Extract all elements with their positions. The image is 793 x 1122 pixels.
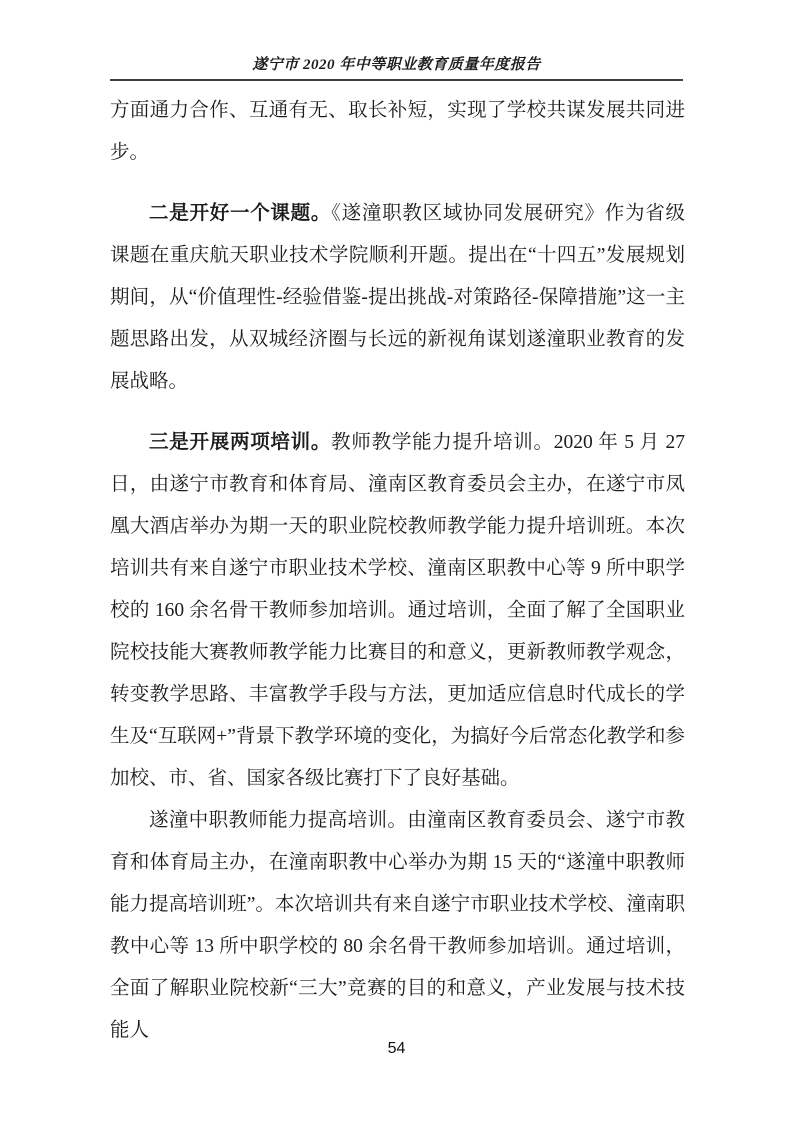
paragraph: 二是开好一个课题。《遂潼职教区域协同发展研究》作为省级课题在重庆航天职业技术学院…	[110, 193, 685, 403]
header-rule	[110, 79, 683, 81]
paragraph: 三是开展两项培训。教师教学能力提升培训。2020 年 5 月 27 日，由遂宁市…	[110, 422, 685, 800]
document-body: 方面通力合作、互通有无、取长补短，实现了学校共谋发展共同进步。二是开好一个课题。…	[110, 90, 685, 1052]
paragraph: 方面通力合作、互通有无、取长补短，实现了学校共谋发展共同进步。	[110, 90, 685, 174]
document-page: 遂宁市 2020 年中等职业教育质量年度报告 方面通力合作、互通有无、取长补短，…	[0, 0, 793, 1122]
text-run: 方面通力合作、互通有无、取长补短，实现了学校共谋发展共同进步。	[110, 100, 685, 163]
bold-text-run: 二是开好一个课题。	[149, 203, 331, 224]
bold-text-run: 三是开展两项培训。	[149, 432, 331, 453]
header-title: 遂宁市 2020 年中等职业教育质量年度报告	[110, 53, 683, 74]
page-header: 遂宁市 2020 年中等职业教育质量年度报告	[110, 0, 683, 81]
text-run: 教师教学能力提升培训。2020 年 5 月 27 日，由遂宁市教育和体育局、潼南…	[110, 432, 685, 789]
page-number: 54	[388, 1040, 406, 1057]
text-run: 《遂潼职教区域协同发展研究》作为省级课题在重庆航天职业技术学院顺利开题。提出在“…	[110, 203, 685, 392]
page-footer: 54	[0, 1040, 793, 1058]
text-run: 遂潼中职教师能力提高培训。由潼南区教育委员会、遂宁市教育和体育局主办，在潼南职教…	[110, 810, 685, 1041]
paragraph: 遂潼中职教师能力提高培训。由潼南区教育委员会、遂宁市教育和体育局主办，在潼南职教…	[110, 800, 685, 1052]
